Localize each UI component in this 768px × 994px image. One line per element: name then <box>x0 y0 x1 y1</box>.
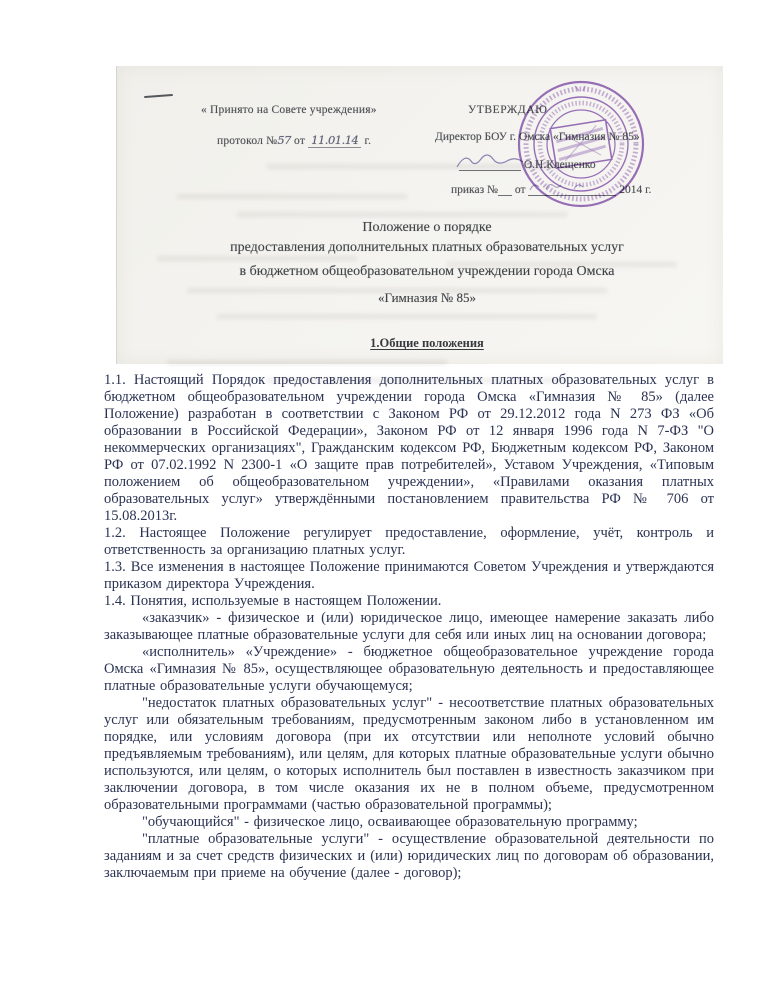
definition-zakazchik: «заказчик» - физическое и (или) юридичес… <box>104 610 714 644</box>
bleedthrough-line <box>237 212 567 217</box>
accepted-block: « Принято на Совете учреждения» протокол… <box>201 104 377 147</box>
order-prefix: приказ № <box>451 184 498 196</box>
paragraph-1-1: 1.1. Настоящий Порядок предоставления до… <box>104 372 714 525</box>
document-title: Положение о порядке предоставления допол… <box>147 218 707 308</box>
definition-nedostatok: "недостаток платных образовательных услу… <box>104 695 714 814</box>
paragraph-1-2: 1.2. Настоящее Положение регулирует пред… <box>104 525 714 559</box>
protocol-date-handwritten: 11.01.14 <box>308 133 361 148</box>
bleedthrough-line <box>177 194 407 199</box>
order-number-blank <box>498 184 512 196</box>
definition-ispolnitel: «исполнитель» «Учреждение» - бюджетное о… <box>104 644 714 695</box>
protocol-line: протокол №57 от 11.01.14 г. <box>217 133 377 147</box>
title-line-4: «Гимназия № 85» <box>147 288 707 308</box>
document-page: { "scan": { "accepted": { "line1": "« Пр… <box>0 0 768 994</box>
title-line-1: Положение о порядке <box>147 218 707 238</box>
pen-dash-mark <box>144 94 173 98</box>
title-line-3: в бюджетном общеобразовательном учрежден… <box>147 262 707 282</box>
section-heading: 1.Общие положения <box>147 336 707 351</box>
bleedthrough-line <box>167 360 447 365</box>
definition-obuchayushchiysya: "обучающийся" - физическое лицо, осваива… <box>104 814 714 831</box>
paragraph-1-4: 1.4. Понятия, используемые в настоящем П… <box>104 593 714 610</box>
protocol-suffix: г. <box>364 135 371 147</box>
protocol-prefix: протокол № <box>217 135 277 147</box>
accepted-line: « Принято на Совете учреждения» <box>201 104 377 116</box>
round-stamp-icon <box>515 78 647 210</box>
paragraph-1-3: 1.3. Все изменения в настоящее Положение… <box>104 559 714 593</box>
title-line-2: предоставления дополнительных платных об… <box>147 238 707 258</box>
definition-platnye-uslugi: "платные образовательные услуги" - осуще… <box>104 831 714 882</box>
document-body: 1.1. Настоящий Порядок предоставления до… <box>104 372 714 882</box>
bleedthrough-line <box>217 314 597 319</box>
protocol-of: от <box>294 135 305 147</box>
protocol-number-handwritten: 57 <box>277 133 291 147</box>
signature-blank <box>459 159 521 171</box>
scanned-document-header: « Принято на Совете учреждения» протокол… <box>116 66 723 364</box>
